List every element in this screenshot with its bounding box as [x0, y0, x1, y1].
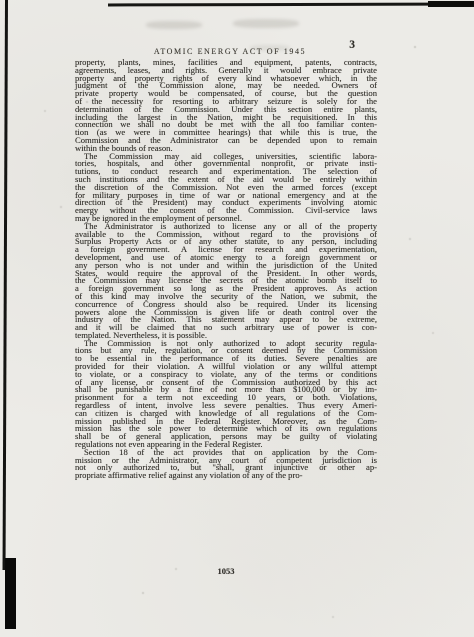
body-paragraph: The Commission may aid colleges, univers… [75, 153, 377, 223]
body-paragraph: The Administrator is authorized to licen… [75, 223, 377, 340]
scan-bottom-bar [5, 558, 16, 629]
paper-specks [0, 0, 2, 2]
scan-edge-left [3, 0, 8, 570]
page-number: 3 [349, 39, 355, 51]
page-body: property, plants, mines, facilities and … [75, 59, 377, 480]
body-paragraph: Section 18 of the act provides that on a… [75, 449, 377, 480]
folio-number: 1053 [75, 566, 377, 576]
body-paragraph: property, plants, mines, facilities and … [75, 59, 377, 153]
scan-edge-top-right [428, 1, 474, 7]
running-header-title: ATOMIC ENERGY ACT OF 1945 [154, 47, 306, 56]
body-paragraph: The Commission is not only authorized to… [75, 340, 377, 449]
scanned-page: ATOMIC ENERGY ACT OF 1945 3 property, pl… [0, 0, 474, 637]
text-line: propriate affirmative relief against any… [75, 472, 377, 480]
text-column: ATOMIC ENERGY ACT OF 1945 3 property, pl… [75, 0, 377, 637]
